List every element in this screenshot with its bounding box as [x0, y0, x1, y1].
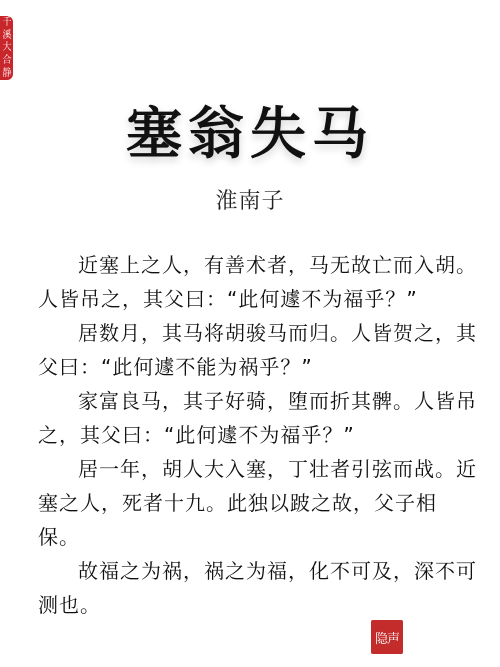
paragraph: 故福之为祸，祸之为福，化不可及，深不可测也。	[38, 554, 478, 622]
seal-glyph: 隐声	[375, 628, 399, 647]
paragraph: 居数月，其马将胡骏马而归。人皆贺之，其父曰：“此何遽不能为祸乎？”	[38, 316, 478, 384]
seal-glyph: 千	[2, 17, 11, 28]
red-seal-stamp-top: 千 溪 大 合 静	[0, 16, 13, 80]
document-body: 近塞上之人，有善术者，马无故亡而入胡。人皆吊之，其父曰：“此何遽不为福乎？” 居…	[38, 248, 478, 622]
seal-glyph: 大	[2, 42, 11, 53]
paragraph: 近塞上之人，有善术者，马无故亡而入胡。人皆吊之，其父曰：“此何遽不为福乎？”	[38, 248, 478, 316]
document-title: 塞翁失马	[0, 90, 500, 170]
seal-glyph: 溪	[2, 30, 11, 41]
paragraph: 家富良马，其子好骑，堕而折其髀。人皆吊之，其父曰：“此何遽不为福乎？”	[38, 384, 478, 452]
author-name: 淮南子	[0, 184, 500, 215]
seal-glyph: 合	[2, 55, 11, 66]
seal-glyph: 静	[2, 68, 11, 79]
paragraph: 居一年，胡人大入塞，丁壮者引弦而战。近塞之人，死者十九。此独以跛之故，父子相保。	[38, 452, 478, 554]
red-seal-stamp-bottom: 隐声	[371, 620, 403, 654]
